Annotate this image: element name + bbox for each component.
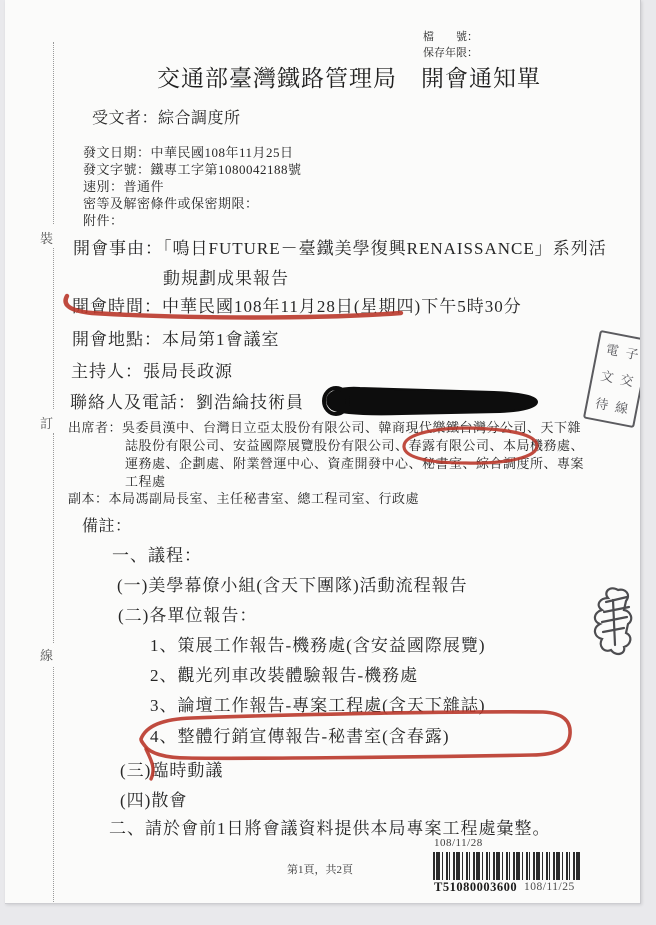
page-number: 第1頁，共2頁 bbox=[287, 864, 353, 877]
agenda-line: 二、請於會前1日將會議資料提供本局專案工程處彙整。 bbox=[109, 819, 551, 839]
stamp-text: 電子 bbox=[598, 341, 641, 363]
attendees-line: 誌股份有限公司、安益國際展覽股份有限公司、春露有限公司、本局機務處、 bbox=[125, 439, 584, 454]
binding-dotted-line bbox=[53, 42, 54, 224]
attachment-line: 附件： bbox=[83, 214, 124, 229]
agenda-line: 1、策展工作報告-機務處(含安益國際展覽) bbox=[150, 636, 485, 656]
retention-period-label: 保存年限： bbox=[423, 47, 478, 60]
binding-mark-xian: 線 bbox=[40, 645, 53, 664]
attendees-line: 工程處 bbox=[125, 475, 166, 490]
attendees-line: 出席者：吳委員漢中、台灣日立亞太股份有限公司、韓商現代樂鐵台灣分公司、天下雜 bbox=[68, 421, 581, 436]
speed-class-line: 速別：普通件 bbox=[83, 180, 164, 195]
agenda-line: (二)各單位報告： bbox=[118, 606, 257, 626]
agenda-line: (一)美學幕僚小組(含天下團隊)活動流程報告 bbox=[117, 576, 468, 596]
binding-dotted-line bbox=[53, 667, 54, 902]
scanned-document-photo: 裝 訂 線 檔 號： 保存年限： 交通部臺灣鐵路管理局 開會通知單 受文者：綜合… bbox=[0, 0, 656, 925]
document-page: 裝 訂 線 檔 號： 保存年限： 交通部臺灣鐵路管理局 開會通知單 受文者：綜合… bbox=[5, 0, 641, 904]
binding-dotted-line bbox=[53, 248, 54, 409]
binding-mark-zhuang: 裝 bbox=[40, 228, 53, 247]
barcode bbox=[433, 852, 581, 880]
recipient-line: 受文者：綜合調度所 bbox=[92, 110, 241, 128]
stamp-text: 待線 bbox=[587, 395, 636, 417]
attendees-line: 運務處、企劃處、附業營運中心、資產開發中心、秘書室、綜合調度所、專案 bbox=[125, 457, 584, 472]
binding-dotted-line bbox=[53, 433, 54, 643]
cc-line: 副本：本局馮副局長室、主任秘書室、總工程司室、行政處 bbox=[68, 492, 419, 507]
document-title: 交通部臺灣鐵路管理局 開會通知單 bbox=[157, 66, 541, 92]
barcode-date: 108/11/25 bbox=[524, 881, 575, 893]
agenda-line: (三)臨時動議 bbox=[120, 761, 223, 781]
electronic-exchange-stamp: 電子 文交 待線 bbox=[583, 330, 641, 428]
agenda-line: 一、議程： bbox=[112, 546, 202, 566]
meeting-subject-line2: 動規劃成果報告 bbox=[163, 269, 289, 289]
agenda-line-highlighted: 4、整體行銷宣傳報告-秘書室(含春露) bbox=[150, 727, 449, 747]
notes-label: 備註： bbox=[82, 518, 132, 536]
agenda-line: 3、論壇工作報告-專案工程處(含天下雜誌) bbox=[150, 696, 485, 716]
barcode-annotation-date: 108/11/28 bbox=[434, 837, 483, 849]
issue-date-line: 發文日期：中華民國108年11月25日 bbox=[83, 146, 294, 161]
meeting-place-line: 開會地點：本局第1會議室 bbox=[72, 330, 280, 350]
agenda-line: 2、觀光列車改裝體驗報告-機務處 bbox=[150, 666, 418, 686]
agenda-line: (四)散會 bbox=[120, 791, 187, 811]
contact-line: 聯絡人及電話：劉浩綸技術員 bbox=[70, 393, 304, 413]
file-number-label: 檔 號： bbox=[423, 31, 478, 44]
barcode-number: T51080003600 bbox=[434, 880, 517, 895]
classification-line: 密等及解密條件或保密期限： bbox=[83, 197, 259, 212]
meeting-time-line: 開會時間：中華民國108年11月28日(星期四)下午5時30分 bbox=[72, 297, 522, 317]
stamp-text: 文交 bbox=[593, 368, 641, 390]
chairperson-line: 主持人：張局長政源 bbox=[71, 362, 233, 382]
binding-mark-ding: 訂 bbox=[40, 413, 53, 432]
meeting-subject-line1: 開會事由：「鳴日FUTURE－臺鐵美學復興RENAISSANCE」系列活 bbox=[73, 239, 607, 259]
doc-number-line: 發文字號：鐵專工字第1080042188號 bbox=[83, 163, 302, 178]
